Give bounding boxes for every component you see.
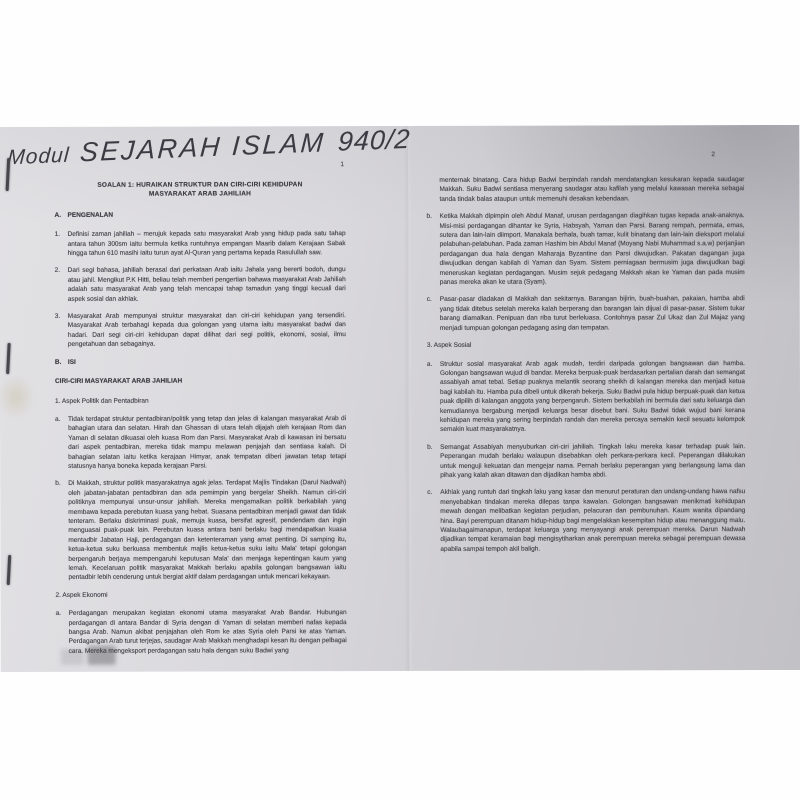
center-fold-crease [403,126,412,671]
document-title: SOALAN 1: HURAIKAN STRUKTUR DAN CIRI-CIR… [54,180,345,200]
list-item-marker: c. [427,488,440,554]
list-item: b.Di Makkah, struktur politik masyarakat… [55,478,346,582]
photo-of-document: { "colors":{ "background":"#fefefe", "pa… [0,0,800,800]
sub-heading: 1. Aspek Politik dan Pentadbiran [55,396,346,406]
section-heading: CIRI-CIRI MASYARAKAT ARAB JAHILIAH [55,376,346,386]
section-heading-text: ISI [68,358,76,367]
section-heading-text: CIRI-CIRI MASYARAKAT ARAB JAHILIAH [55,377,182,387]
list-item-text: Definisi zaman jahiliah – merujuk kepada… [68,229,346,258]
list-item: b.Ketika Makkah dipimpin oleh Abdul Mana… [427,211,745,287]
list-item-marker: a. [55,415,68,471]
list-item-marker: 2. [55,266,68,304]
list-item-text: Semangat Assabiyah menyuburkan ciri-ciri… [440,442,745,480]
list-item: c.Pasar-pasar diadakan di Makkah dan sek… [427,295,745,333]
document-title-line: SOALAN 1: HURAIKAN STRUKTUR DAN CIRI-CIR… [54,180,345,190]
document-title-line: MASYARAKAT ARAB JAHILIAH [54,190,345,200]
list-item-text: Akhlak yang runtuh dari tingkah laku yan… [440,487,745,554]
paper-stain [0,365,42,429]
list-item: 1.Definisi zaman jahiliah – merujuk kepa… [55,229,346,258]
list-item-marker: 3. [55,312,68,350]
list-item: 2.Dari segi bahasa, jahiliah berasal dar… [55,266,346,304]
list-item: a.Perdagangan merupakan kegiatan ekonomi… [56,608,347,656]
list-item-marker: a. [427,359,440,434]
list-item-text: Dari segi bahasa, jahiliah berasal dari … [68,266,346,304]
list-item-marker: b. [427,212,440,287]
list-item: 3.Masyarakat Arab mempunyai struktur mas… [55,311,346,349]
page-number-left: 1 [340,161,344,168]
staple-mark-top [6,158,11,191]
handwritten-annotation: Modul SEJARAH ISLAM 940/2 [7,125,389,171]
sub-heading: 3. Aspek Sosial [427,340,745,350]
list-item-text: menternak binatang. Cara hidup Badwi ber… [439,175,744,204]
right-page-content: menternak binatang. Cara hidup Badwi ber… [426,175,745,562]
list-item-text: Di Makkah, struktur politik masyarakatny… [68,478,346,582]
page-number-right: 2 [711,151,715,158]
left-page-content: SOALAN 1: HURAIKAN STRUKTUR DAN CIRI-CIR… [54,180,346,664]
list-item-text: Struktur sosial masyarakat Arab agak mud… [440,359,745,435]
list-item-text: Pasar-pasar diadakan di Makkah dan sekit… [440,295,745,333]
handwritten-word: Modul [7,144,71,170]
staple-mark-bottom [7,555,11,585]
list-item-marker: 1. [55,230,68,258]
list-item-marker: b. [55,479,68,583]
document-sheet: Modul SEJARAH ISLAM 940/2 1 2 SOALAN 1: … [0,125,800,672]
sub-heading: 2. Aspek Ekonomi [56,590,347,600]
list-item-marker: b. [427,443,440,481]
section-heading: B.ISI [55,357,346,367]
list-item-text: Perdagangan merupakan kegiatan ekonomi u… [69,608,347,656]
list-item-text: Ketika Makkah dipimpin oleh Abdul Manaf,… [440,211,745,287]
section-marker: B. [55,358,68,367]
section-marker: A. [55,211,68,220]
list-item: c.Akhlak yang runtuh dari tingkah laku y… [427,487,745,554]
list-item-marker: a. [56,609,69,656]
section-heading-text: PENGENALAN [68,211,114,221]
list-item: b.Semangat Assabiyah menyuburkan ciri-ci… [427,442,745,480]
list-item-marker [426,176,439,204]
list-item-text: Masyarakat Arab mempunyai struktur masya… [68,311,346,349]
list-item: a.Tidak terdapat struktur pentadbiran/po… [55,414,346,471]
paragraph: menternak binatang. Cara hidup Badwi ber… [426,175,744,204]
handwritten-title: SEJARAH ISLAM [79,127,326,167]
list-item-text: Tidak terdapat struktur pentadbiran/poli… [68,414,346,471]
section-heading: A.PENGENALAN [55,210,346,220]
list-item: a.Struktur sosial masyarakat Arab agak m… [427,359,745,435]
list-item-marker: c. [427,295,440,333]
handwritten-code: 940/2 [337,125,411,157]
